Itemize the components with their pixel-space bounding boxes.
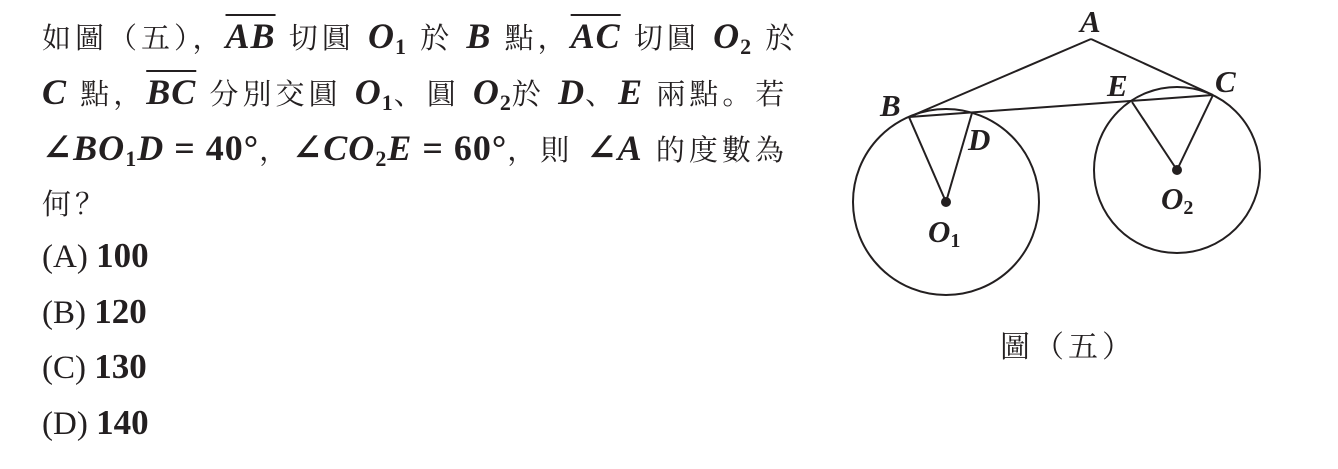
question-line-1: 如圖（五），AB 切圓 O1 於 B 點，AC 切圓 O2 於 (42, 8, 822, 64)
text: 如圖（五）， (42, 21, 226, 55)
point-b: B (466, 16, 491, 56)
choice-label: (C) (42, 350, 86, 386)
text: 、圓 (394, 77, 473, 111)
question-line-2: C 點，BC 分別交圓 O1、圓 O2於 D、E 兩點。若 (42, 64, 822, 120)
angle-co2e-value: = 60° (412, 128, 507, 168)
choice-value: 140 (96, 403, 149, 442)
label-d: D (967, 122, 990, 157)
choice-a[interactable]: (A) 100 (42, 228, 149, 284)
center-o2-dot (1172, 165, 1182, 175)
radius-o1b (909, 117, 946, 202)
text: 點， (67, 77, 146, 111)
question-line-4: 何？ (42, 176, 822, 232)
text: ， (259, 133, 292, 167)
circle-o1-label: O1 (355, 72, 394, 112)
label-a: A (1078, 4, 1101, 39)
figure-caption: 圖（五） (1000, 322, 1136, 366)
label-c: C (1215, 64, 1236, 99)
answer-choices: (A) 100 (B) 120 (C) 130 (D) 140 (42, 228, 149, 450)
choice-d[interactable]: (D) 140 (42, 395, 149, 451)
label-b: B (879, 88, 901, 123)
label-o1: O1 (928, 214, 960, 252)
angle-a: ∠A (586, 128, 642, 168)
text: 於 (752, 21, 798, 55)
circle-o2-label: O2 (713, 16, 752, 56)
radius-o2c (1177, 95, 1213, 170)
radius-o2e (1132, 102, 1177, 170)
text: 點， (491, 21, 570, 55)
text: 、 (585, 77, 618, 111)
choice-b[interactable]: (B) 120 (42, 284, 149, 340)
choice-value: 130 (94, 347, 147, 386)
text: 於 (512, 77, 558, 111)
text: 分別交圓 (196, 77, 354, 111)
point-d: D (558, 72, 585, 112)
choice-label: (D) (42, 406, 88, 442)
center-o1-dot (941, 197, 951, 207)
question-line-3: ∠BO1D = 40°，∠CO2E = 60°，則 ∠A 的度數為 (42, 120, 822, 176)
angle-bo1d-value: = 40° (164, 128, 259, 168)
angle-bo1d: ∠BO1D (42, 128, 164, 168)
text: 的度數為 (643, 133, 788, 167)
segment-bc: BC (146, 72, 196, 112)
choice-label: (A) (42, 239, 88, 275)
text: 於 (407, 21, 466, 55)
angle-co2e: ∠CO2E (292, 128, 412, 168)
question-text: 如圖（五），AB 切圓 O1 於 B 點，AC 切圓 O2 於 C 點，BC 分… (42, 8, 822, 232)
text: ，則 (507, 133, 586, 167)
circle-o1-label: O1 (368, 16, 407, 56)
segment-ab: AB (226, 16, 276, 56)
choice-c[interactable]: (C) 130 (42, 339, 149, 395)
choice-label: (B) (42, 295, 86, 331)
segment-ac: AC (571, 16, 621, 56)
point-c: C (42, 72, 67, 112)
point-e: E (618, 72, 643, 112)
label-e: E (1106, 68, 1128, 103)
choice-value: 100 (96, 236, 149, 275)
text: 切圓 (621, 21, 713, 55)
text: 何？ (42, 187, 108, 221)
label-o2: O2 (1161, 181, 1193, 219)
text: 兩點。若 (643, 77, 788, 111)
circle-o2-label: O2 (473, 72, 512, 112)
choice-value: 120 (94, 292, 147, 331)
text: 切圓 (276, 21, 368, 55)
